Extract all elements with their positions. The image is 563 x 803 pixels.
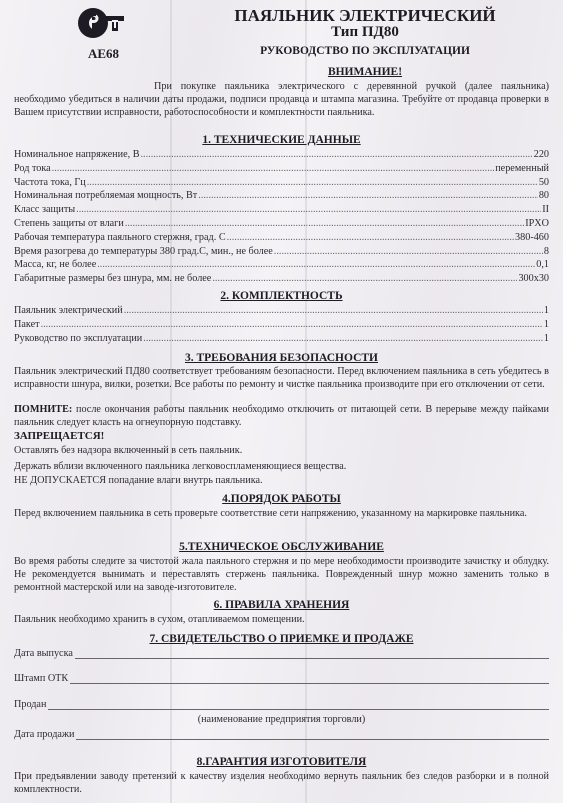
leader-dots bbox=[227, 231, 514, 244]
leader-dots bbox=[97, 258, 535, 271]
spec-label: Габаритные размеры без шнура, мм. не бол… bbox=[14, 272, 211, 285]
spec-row: Руководство по эксплуатации1 bbox=[14, 332, 549, 345]
spec-value: IPXO bbox=[525, 217, 549, 230]
not-allowed-label: НЕ ДОПУСКАЕТСЯ bbox=[14, 475, 106, 486]
spec-row: Степень защиты от влагиIPXO bbox=[14, 217, 549, 230]
spec-label: Масса, кг, не более bbox=[14, 258, 96, 271]
spec-label: Частота тока, Гц bbox=[14, 176, 86, 189]
storage-text: Паяльник необходимо хранить в сухом, ота… bbox=[14, 613, 549, 626]
manual-page: AE68 ПАЯЛЬНИК ЭЛЕКТРИЧЕСКИЙ Тип ПД80 РУК… bbox=[0, 0, 563, 803]
spec-label: Род тока bbox=[14, 162, 51, 175]
spec-value: 220 bbox=[534, 148, 549, 161]
release-date-field[interactable]: Дата выпуска bbox=[14, 648, 549, 659]
spec-value: 300х30 bbox=[518, 272, 549, 285]
spec-row: Габаритные размеры без шнура, мм. не бол… bbox=[14, 272, 549, 285]
spec-row: Паяльник электрический1 bbox=[14, 304, 549, 317]
otk-stamp-field[interactable]: Штамп ОТК bbox=[14, 673, 549, 684]
leader-dots bbox=[274, 245, 543, 258]
spec-row: Масса, кг, не более0,1 bbox=[14, 258, 549, 271]
section-kit-heading: 2. КОМПЛЕКТНОСТЬ bbox=[14, 290, 549, 302]
forbidden-item: Оставлять без надзора включенный в сеть … bbox=[14, 444, 549, 457]
spec-label: Руководство по эксплуатации bbox=[14, 332, 142, 345]
attention-text: При покупке паяльника электрического с д… bbox=[14, 80, 549, 119]
spec-value: 1 bbox=[544, 332, 549, 345]
spec-row: Номинальное напряжение, В220 bbox=[14, 148, 549, 161]
spec-value: 50 bbox=[539, 176, 549, 189]
spec-value: 380-460 bbox=[515, 231, 549, 244]
remember-label: ПОМНИТЕ: bbox=[14, 404, 72, 415]
spec-label: Рабочая температура паяльного стержня, г… bbox=[14, 231, 226, 244]
spec-label: Время разогрева до температуры 380 град.… bbox=[14, 245, 273, 258]
spec-row: Номинальная потребляемая мощность, Вт80 bbox=[14, 189, 549, 202]
spec-value: переменный bbox=[495, 162, 549, 175]
leader-dots bbox=[141, 148, 533, 161]
sold-by-caption: (наименование предприятия торговли) bbox=[14, 714, 549, 725]
section-certificate-heading: 7. СВИДЕТЕЛЬСТВО О ПРИЕМКЕ И ПРОДАЖЕ bbox=[14, 633, 549, 645]
sale-date-field[interactable]: Дата продажи bbox=[14, 729, 549, 740]
spec-value: 1 bbox=[544, 304, 549, 317]
spec-label: Паяльник электрический bbox=[14, 304, 123, 317]
leader-dots bbox=[198, 189, 538, 202]
spec-row: Род токапеременный bbox=[14, 162, 549, 175]
section-storage-heading: 6. ПРАВИЛА ХРАНЕНИЯ bbox=[14, 599, 549, 611]
leader-dots bbox=[125, 217, 524, 230]
forbidden-item: Держать вблизи включенного паяльника лег… bbox=[14, 460, 549, 473]
section-tech-heading: 1. ТЕХНИЧЕСКИЕ ДАННЫЕ bbox=[14, 134, 549, 146]
certification-code: AE68 bbox=[88, 46, 119, 62]
spec-value: II bbox=[542, 203, 549, 216]
leader-dots bbox=[87, 176, 538, 189]
document-subtitle: РУКОВОДСТВО ПО ЭКСПЛУАТАЦИИ bbox=[200, 45, 530, 57]
spec-row: Пакет1 bbox=[14, 318, 549, 331]
maintenance-text: Во время работы следите за чистотой жала… bbox=[14, 555, 549, 594]
operation-text: Перед включением паяльника в сеть провер… bbox=[14, 507, 549, 520]
leader-dots bbox=[76, 203, 541, 216]
spec-label: Номинальная потребляемая мощность, Вт bbox=[14, 189, 197, 202]
spec-row: Частота тока, Гц50 bbox=[14, 176, 549, 189]
product-type: Тип ПД80 bbox=[200, 24, 530, 41]
remember-text: после окончания работы паяльник необходи… bbox=[14, 404, 549, 428]
rst-certification-mark-icon bbox=[78, 6, 128, 40]
section-warranty-heading: 8.ГАРАНТИЯ ИЗГОТОВИТЕЛЯ bbox=[14, 756, 549, 768]
leader-dots bbox=[143, 332, 543, 345]
warranty-text: При предъявлении заводу претензий к каче… bbox=[14, 770, 549, 796]
leader-dots bbox=[212, 272, 517, 285]
spec-label: Класс защиты bbox=[14, 203, 75, 216]
spec-value: 1 bbox=[544, 318, 549, 331]
spec-value: 8 bbox=[544, 245, 549, 258]
spec-row: Рабочая температура паяльного стержня, г… bbox=[14, 231, 549, 244]
sold-by-field[interactable]: Продан bbox=[14, 699, 549, 710]
remember-note: ПОМНИТЕ: после окончания работы паяльник… bbox=[14, 403, 549, 429]
spec-label: Степень защиты от влаги bbox=[14, 217, 124, 230]
forbidden-label: ЗАПРЕЩАЕТСЯ! bbox=[14, 430, 549, 443]
spec-label: Пакет bbox=[14, 318, 40, 331]
section-operation-heading: 4.ПОРЯДОК РАБОТЫ bbox=[14, 493, 549, 505]
not-allowed-note: НЕ ДОПУСКАЕТСЯ попадание влаги внутрь па… bbox=[14, 474, 549, 487]
safety-text: Паяльник электрический ПД80 соответствуе… bbox=[14, 365, 549, 391]
spec-value: 0,1 bbox=[536, 258, 549, 271]
leader-dots bbox=[52, 162, 495, 175]
spec-row: Время разогрева до температуры 380 град.… bbox=[14, 245, 549, 258]
spec-label: Номинальное напряжение, В bbox=[14, 148, 140, 161]
leader-dots bbox=[124, 304, 543, 317]
spec-value: 80 bbox=[539, 189, 549, 202]
section-maintenance-heading: 5.ТЕХНИЧЕСКОЕ ОБСЛУЖИВАНИЕ bbox=[14, 541, 549, 553]
section-safety-heading: 3. ТРЕБОВАНИЯ БЕЗОПАСНОСТИ bbox=[14, 352, 549, 364]
document-title: ПАЯЛЬНИК ЭЛЕКТРИЧЕСКИЙ bbox=[200, 6, 530, 26]
not-allowed-text: попадание влаги внутрь паяльника. bbox=[106, 475, 263, 486]
spec-row: Класс защитыII bbox=[14, 203, 549, 216]
attention-heading: ВНИМАНИЕ! bbox=[200, 66, 530, 78]
leader-dots bbox=[41, 318, 543, 331]
